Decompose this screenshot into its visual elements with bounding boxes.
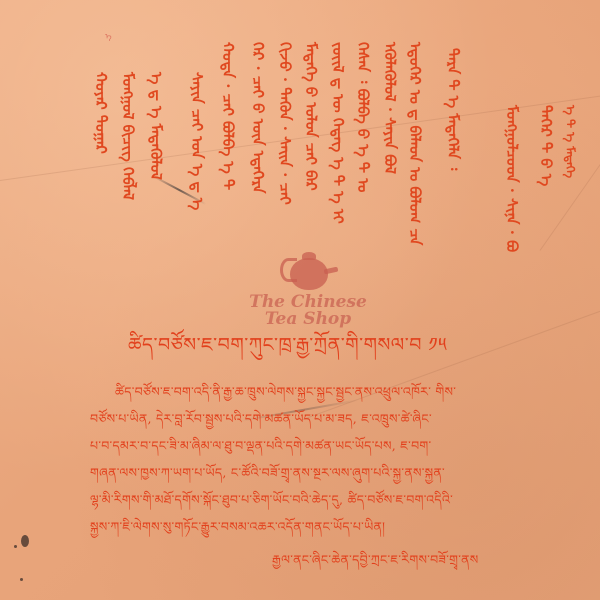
mongolian-column-14: ᠮᠣᠩᠭᠣᠯᠴᠤᠳ · ᠰᠢᠨᠡ · ᠪᠣ [504,105,520,252]
mongolian-column-5: ᠬᠣᠲᠠ · ᠴᠠᠢ ᠪᠣᠯᠪᠠ ᠡ ᠲ [220,42,236,190]
shop-watermark: The Chinese Tea Shop [228,248,388,328]
mongolian-column-3: ᠡ ᠳ ᠡ ᠮᠡᠳᠡᠭᠦᠯᠦᠯ [148,72,164,180]
tibetan-title: ཚིད་བཙོས་ཇ་བག་ཀུང་ཁྲ་རྒྱ་ཀྲོན་གི་གསལ་བ ༡… [128,333,568,357]
tibetan-line-5: ལྷ་མི་རིགས་གི་མཐོ་དགོས་སྐོང་ཐུབ་པ་ཅིག་ཡོ… [90,492,453,508]
mongolian-column-7: ᠬᠢᠵᠦ · ᠲᠡᠭᠦᠨ · ᠰᠠᠢᠨ · ᠴᠠᠢ [277,42,293,205]
mongolian-column-6: ᠭᠡᠷ · ᠴᠠᠢ ᠪ ᠦᠨ ᠡᠳᠡᠭᠡᠷᠡ [250,42,266,193]
mongolian-column-15: ᠳᠡᠭᠡᠷ ᠲ ᠪ ᠡ [538,105,554,186]
tibetan-line-1: ཚིད་བཙོས་ཇ་བག་འདི་ནི་རྒྱ་ཆ་ཁྲུས་ལེགས་སྐྱ… [115,384,456,400]
tibetan-line-2: བཙོས་པ་ཡིན, དེར་བླ་རོབ་སྦྱས་པའི་དགེ་མཚན་… [90,411,432,427]
mongolian-column-1: ᠬᠣᠶᠠᠷ ᠳᠤᠭᠠᠷ [93,72,109,154]
tibetan-line-6: སྐྱས་ཀ་ཇི་ལེགས་སུ་གཏོང་རྒྱུར་བསམ་འཆར་འདོ… [90,519,385,535]
tibetan-line-3: པ་བ་དམར་བ་དང་ཟི་མ་ཞིམ་ལ་ཐུ་བ་ལྡན་པའི་དགེ… [90,438,431,454]
mongolian-column-9: ᠵᠦᠢᠯ ᠳ ᠦ ᠭᠡᠳᠡᠭ ᠡ ᠲ ᠡ ᠢ [330,42,346,224]
mongolian-column-8: ᠮᠡᠳᠡᠭᠡ ᠪ ᠣᠯᠣᠨ ᠴᠠᠢ ᠪᠠᠷ [303,42,319,191]
mongolian-column-4: ᠰᠠᠶᠢᠨ ᠴᠠᠢ ᠤᠨ ᠡ ᠳ ᠡ [189,72,205,210]
mongolian-column-12: ᠡᠳᠦᠭᠡᠷ ᠣ ᠳ ᠪᠡᠯᠡᠳ ᠣ ᠪᠣᠯᠤᠭ ᠴᠠ [407,42,423,245]
corner-mark: ᠡ [105,28,112,42]
tibetan-line-4: གཞན་ལས་ཁྱས་ཀ་ཡག་པ་ཡོད, ང་ཚོའི་བཟོ་གྲྭ་ནས… [90,465,445,481]
tea-wrapper-document: ᠡ ᠬᠣᠶᠠᠷ ᠳᠤᠭᠠᠷ ᠮᠣᠩᠭᠣᠯ ᠪᠢᠴᠢᠭ ᠬᠡᠪᠯᠡᠯ ᠡ ᠳ ᠡ … [0,0,600,600]
tibetan-signature: རྒྱལ་ནང་ཞིང་ཆེན་དབྱི་ཀྲང་ཇ་རིགས་བཟོ་གྲྭ་… [272,552,479,568]
dirt-spot [20,578,23,581]
watermark-line-2: Tea Shop [228,311,388,328]
mongolian-column-2: ᠮᠣᠩᠭᠣᠯ ᠪᠢᠴᠢᠭ ᠬᠡᠪᠯᠡᠯ [120,72,136,200]
mongolian-column-16: ᠡ ᠲ ᠡ ᠮᠡᠳᠡᠭᠡ [562,105,578,178]
teapot-icon [278,248,338,294]
mongolian-column-10: ᠭᠡᠰᠡᠨ ᠄ ᠪᠣᠯᠪᠠ ᠪ ᠡ ᠲ ᠤ [355,42,371,192]
dirt-spot [14,545,17,548]
mongolian-column-11: ᠡᠭᠦᠯᠡᠭᠦᠯᠦᠯ · ᠰᠠᠶᠢᠨ ᠪᠣᠯ [382,42,398,174]
mongolian-column-13: ᠲᠡᠷᠡ ᠲ ᠡ ᠮᠡᠳᠡᠭᠡᠯᠡ ᠄ [445,48,461,170]
dirt-spot [21,535,29,547]
